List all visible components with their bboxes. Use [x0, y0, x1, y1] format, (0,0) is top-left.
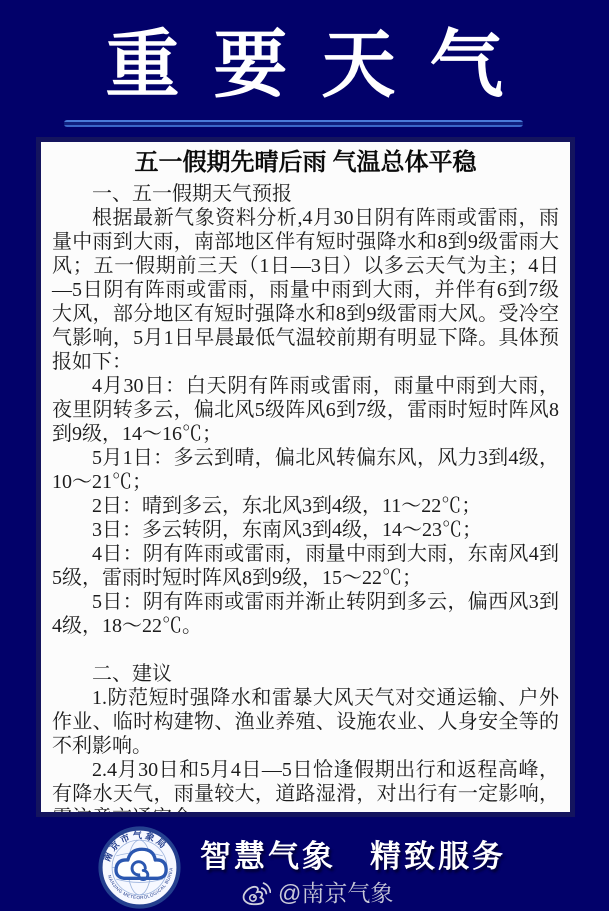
section1-heading: 一、五一假期天气预报 [52, 182, 559, 206]
weibo-icon [242, 881, 271, 906]
forecast-paragraph: 4日：阴有阵雨或雷雨，雨量中雨到大雨，东南风4到5级，雷雨时短时阵风8到9级，1… [52, 542, 559, 590]
weibo-attribution: @南京气象 [242, 878, 393, 908]
bureau-logo: 南京市气象局 NANJING METEOROLOGICAL BUREAU [98, 826, 181, 909]
bulletin-box: 五一假期先晴后雨 气温总体平稳 一、五一假期天气预报 根据最新气象资料分析,4月… [36, 137, 575, 817]
section2-heading: 二、建议 [52, 662, 559, 686]
footer-slogan: 智慧气象 精致服务 [200, 840, 580, 874]
forecast-paragraph: 2日：晴到多云，东北风3到4级，11～22℃； [52, 494, 559, 518]
bureau-logo-icon: 南京市气象局 NANJING METEOROLOGICAL BUREAU [98, 826, 181, 909]
suggestion-item: 1.防范短时强降水和雷暴大风天气对交通运输、户外作业、临时构建物、渔业养殖、设施… [52, 686, 559, 758]
forecast-paragraph: 5月1日：多云到晴，偏北风转偏东风，风力3到4级，10～21℃； [52, 446, 559, 494]
forecast-paragraph: 3日：多云转阴，东南风3到4级，14～23℃； [52, 518, 559, 542]
page-title: 重要天气 [0, 24, 609, 105]
title-divider [64, 120, 523, 127]
forecast-paragraph: 5日：阴有阵雨或雷雨并渐止转阴到多云，偏西风3到4级，18～22℃。 [52, 590, 559, 638]
weibo-handle: @南京气象 [278, 879, 393, 907]
bulletin-title: 五一假期先晴后雨 气温总体平稳 [52, 149, 559, 178]
suggestion-item: 2.4月30日和5月4日—5日恰逢假期出行和返程高峰，有降水天气，雨量较大，道路… [52, 758, 559, 817]
forecast-paragraph: 4月30日：白天阴有阵雨或雷雨，雨量中雨到大雨，夜里阴转多云，偏北风5级阵风6到… [52, 374, 559, 446]
forecast-paragraph: 根据最新气象资料分析,4月30日阴有阵雨或雷雨，雨量中雨到大雨，南部地区伴有短时… [52, 206, 559, 374]
